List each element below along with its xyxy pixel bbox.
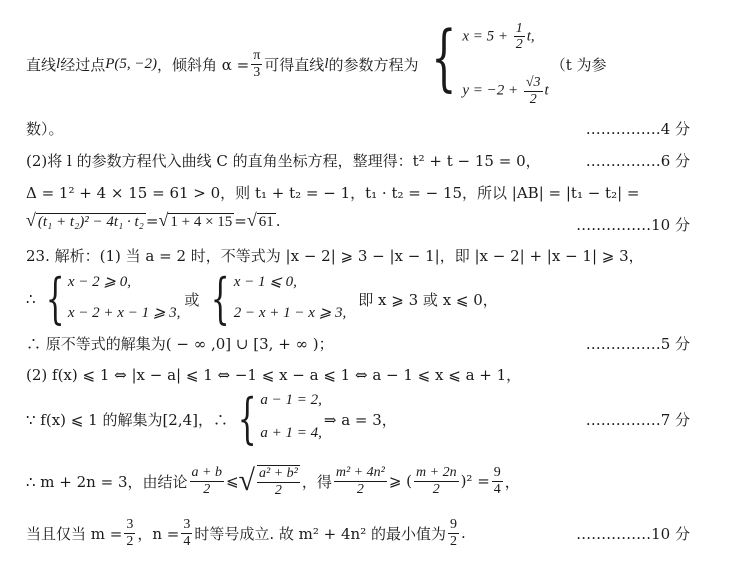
text: 经过点 [60,54,105,75]
fraction: 92 [448,517,459,549]
score-5: ……………5 分 [586,333,690,354]
fraction: a + b2 [190,465,224,497]
fraction: 32 [124,517,135,549]
text: （t 为参 [551,54,607,75]
line-9: (2) f(x) ⩽ 1 ⇔ |x − a| ⩽ 1 ⇔ −1 ⩽ x − a … [26,364,521,385]
sqrt-expression: √1 + 4 × 15 [158,210,234,231]
point-p: P(5, −2) [105,56,157,73]
score-4: ……………4 分 [586,118,690,139]
line-10: ∵ f(x) ⩽ 1 的解集为[2,4]，∴ { a − 1 = 2, a + … [26,392,397,446]
eq-y: y = −2 + √32t [462,75,548,107]
text: ，倾斜角 α = [157,54,249,75]
line-2: 数）。 [26,118,64,139]
fraction: 94 [492,465,503,497]
fraction: m + 2n2 [414,465,459,497]
line-8: ∴ 原不等式的解集为( − ∞ ,0] ∪ [3, + ∞ )； [26,333,334,354]
fraction: m² + 4n²2 [334,465,387,497]
system-a: { a − 1 = 2, a + 1 = 4, [230,392,322,446]
text: 直线 [26,54,56,75]
system-2: { x − 1 ⩽ 0, 2 − x + 1 − x ⩾ 3, [203,272,346,326]
left-brace-icon: { [431,21,456,107]
line-7-systems: ∴ { x − 2 ⩾ 0, x − 2 + x − 1 ⩾ 3, 或 { x … [26,272,498,326]
left-brace-icon: { [238,392,257,446]
line-6-problem-23: 23. 解析：(1) 当 a = 2 时，不等式为 |x − 2| ⩾ 3 − … [26,245,644,266]
text: 可得直线 [264,54,324,75]
system-1: { x − 2 ⩾ 0, x − 2 + x − 1 ⩾ 3, [38,272,181,326]
line-5-sqrt: √(t₁ + t₂)² − 4t₁ · t₂ = √1 + 4 × 15 = √… [26,210,281,231]
line-12: 当且仅当 m = 32 ，n = 34 时等号成立. 故 m² + 4n² 的最… [26,510,466,556]
score-7: ……………7 分 [586,409,690,430]
sqrt-expression: √61 [247,210,276,231]
line-11: ∴ m + 2n = 3，由结论 a + b2 ⩽ √a² + b²2 ，得 m… [26,456,520,506]
score-10-final: ……………10 分 [576,523,690,544]
left-brace-icon: { [211,272,230,326]
sqrt-fraction: √a² + b²2 [239,464,302,498]
left-brace-icon: { [45,272,64,326]
score-10: ……………10 分 [576,214,690,235]
line-4: Δ = 1² + 4 × 15 = 61 > 0，则 t₁ + t₂ = − 1… [26,182,640,203]
fraction-angle: π 3 [251,48,262,80]
fraction: 34 [181,517,192,549]
text: 的参数方程为 [328,54,418,75]
line-1-parametric: 直线 l 经过点 P(5, −2) ，倾斜角 α = π 3 可得直线 l 的参… [26,14,607,114]
equation-system: { x = 5 + 12t, y = −2 + √32t [421,21,549,107]
line-3: (2)将 l 的参数方程代入曲线 C 的直角坐标方程，整理得：t² + t − … [26,150,541,171]
score-6: ……………6 分 [586,150,690,171]
eq-x: x = 5 + 12t, [462,21,548,53]
sqrt-expression: √(t₁ + t₂)² − 4t₁ · t₂ [26,210,146,231]
